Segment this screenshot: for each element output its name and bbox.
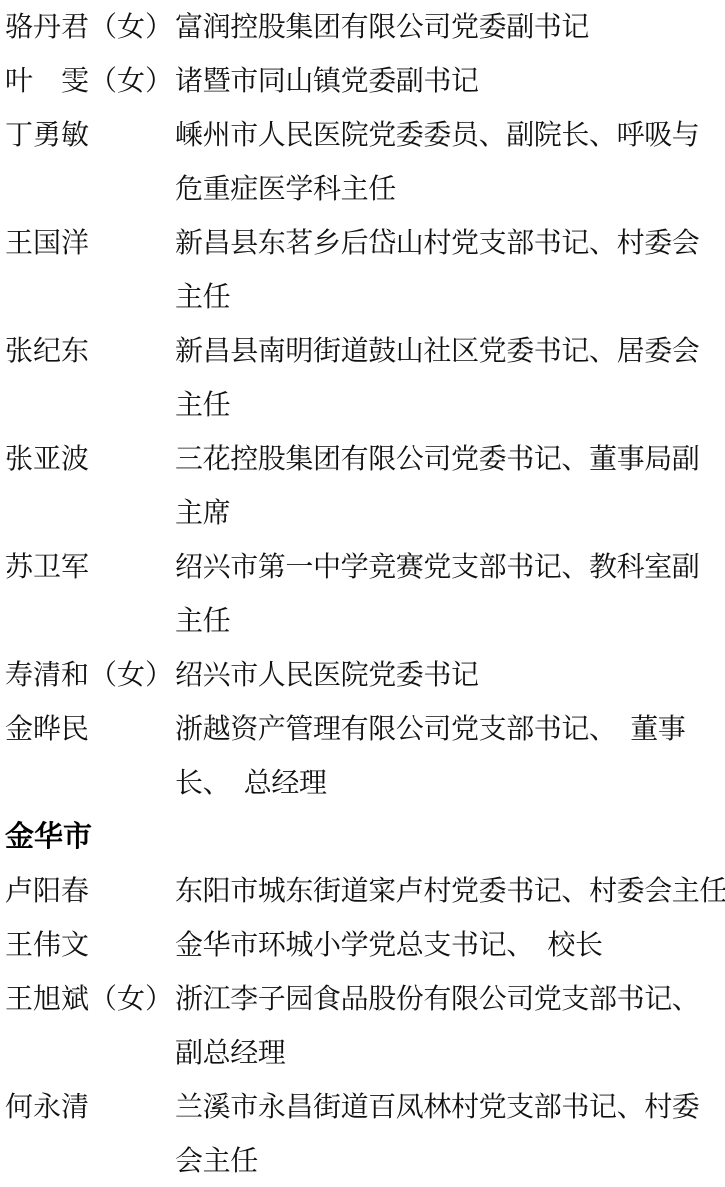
position-line: 三花控股集团有限公司党委书记、董事局副 — [175, 432, 725, 486]
gender-note: （女） — [89, 10, 173, 43]
honoree-name-cell: 叶 雯（女） — [0, 54, 175, 108]
position-cell: 浙越资产管理有限公司党支部书记、 董事 长、 总经理 — [175, 702, 725, 810]
position-line: 金华市环城小学党总支书记、 校长 — [175, 918, 725, 972]
position-line: 主任 — [175, 378, 725, 432]
document-page: 骆丹君（女） 富润控股集团有限公司党委副书记 叶 雯（女） 诸暨市同山镇党委副书… — [0, 0, 725, 1187]
honoree-name-cell: 张纪东 — [0, 324, 175, 378]
honoree-entry: 苏卫军 绍兴市第一中学竞赛党支部书记、教科室副 主任 — [0, 540, 725, 648]
position-line: 富润控股集团有限公司党委副书记 — [175, 0, 725, 54]
position-line: 主任 — [175, 594, 725, 648]
position-line: 绍兴市人民医院党委书记 — [175, 648, 725, 702]
honoree-name: 丁勇敏 — [5, 118, 89, 151]
position-cell: 东阳市城东街道寀卢村党委书记、村委会主任 — [175, 864, 725, 918]
honoree-name: 张亚波 — [5, 442, 89, 475]
honoree-entry: 寿清和（女） 绍兴市人民医院党委书记 — [0, 648, 725, 702]
honoree-name-cell: 何永清 — [0, 1080, 175, 1134]
position-cell: 富润控股集团有限公司党委副书记 — [175, 0, 725, 54]
honoree-name-cell: 王伟文 — [0, 918, 175, 972]
gender-note: （女） — [89, 982, 173, 1015]
honoree-entry: 王伟文 金华市环城小学党总支书记、 校长 — [0, 918, 725, 972]
position-cell: 绍兴市第一中学竞赛党支部书记、教科室副 主任 — [175, 540, 725, 648]
position-line: 新昌县南明街道鼓山社区党委书记、居委会 — [175, 324, 725, 378]
honoree-name-cell: 王旭斌（女） — [0, 972, 175, 1026]
position-line: 主席 — [175, 486, 725, 540]
honoree-name-cell: 张亚波 — [0, 432, 175, 486]
position-line: 绍兴市第一中学竞赛党支部书记、教科室副 — [175, 540, 725, 594]
honoree-name-cell: 金晔民 — [0, 702, 175, 756]
section-header-jinhua: 金华市 — [0, 810, 725, 864]
honoree-name-cell: 王国洋 — [0, 216, 175, 270]
gender-note: （女） — [89, 64, 173, 97]
position-line: 主任 — [175, 270, 725, 324]
honoree-entry: 张亚波 三花控股集团有限公司党委书记、董事局副 主席 — [0, 432, 725, 540]
gender-note: （女） — [89, 658, 173, 691]
position-line: 副总经理 — [175, 1026, 725, 1080]
honoree-name: 张纪东 — [5, 334, 89, 367]
position-cell: 嵊州市人民医院党委委员、副院长、呼吸与 危重症医学科主任 — [175, 108, 725, 216]
position-cell: 浙江李子园食品股份有限公司党支部书记、 副总经理 — [175, 972, 725, 1080]
honoree-name: 金晔民 — [5, 712, 89, 745]
honoree-name: 王国洋 — [5, 226, 89, 259]
honoree-name: 苏卫军 — [5, 550, 89, 583]
position-line: 东阳市城东街道寀卢村党委书记、村委会主任 — [175, 864, 725, 918]
honoree-name: 王伟文 — [5, 928, 89, 961]
honoree-entry: 金晔民 浙越资产管理有限公司党支部书记、 董事 长、 总经理 — [0, 702, 725, 810]
honoree-name: 寿清和 — [5, 658, 89, 691]
honoree-name: 何永清 — [5, 1090, 89, 1123]
honoree-entry: 骆丹君（女） 富润控股集团有限公司党委副书记 — [0, 0, 725, 54]
honoree-entry: 何永清 兰溪市永昌街道百凤林村党支部书记、村委 会主任 — [0, 1080, 725, 1187]
position-cell: 兰溪市永昌街道百凤林村党支部书记、村委 会主任 — [175, 1080, 725, 1187]
honoree-name-cell: 卢阳春 — [0, 864, 175, 918]
honoree-name: 叶 雯 — [5, 64, 89, 97]
position-line: 浙江李子园食品股份有限公司党支部书记、 — [175, 972, 725, 1026]
honoree-name-cell: 丁勇敏 — [0, 108, 175, 162]
honoree-name-cell: 骆丹君（女） — [0, 0, 175, 54]
position-line: 诸暨市同山镇党委副书记 — [175, 54, 725, 108]
position-cell: 绍兴市人民医院党委书记 — [175, 648, 725, 702]
position-line: 浙越资产管理有限公司党支部书记、 董事 — [175, 702, 725, 756]
position-line: 危重症医学科主任 — [175, 162, 725, 216]
honoree-name: 卢阳春 — [5, 874, 89, 907]
honoree-entry: 王国洋 新昌县东茗乡后岱山村党支部书记、村委会 主任 — [0, 216, 725, 324]
honoree-name-cell: 苏卫军 — [0, 540, 175, 594]
honoree-entry: 张纪东 新昌县南明街道鼓山社区党委书记、居委会 主任 — [0, 324, 725, 432]
position-line: 新昌县东茗乡后岱山村党支部书记、村委会 — [175, 216, 725, 270]
honoree-entry: 卢阳春 东阳市城东街道寀卢村党委书记、村委会主任 — [0, 864, 725, 918]
honoree-entry: 叶 雯（女） 诸暨市同山镇党委副书记 — [0, 54, 725, 108]
honoree-name: 骆丹君 — [5, 10, 89, 43]
position-cell: 三花控股集团有限公司党委书记、董事局副 主席 — [175, 432, 725, 540]
position-cell: 新昌县南明街道鼓山社区党委书记、居委会 主任 — [175, 324, 725, 432]
position-line: 长、 总经理 — [175, 756, 725, 810]
position-line: 兰溪市永昌街道百凤林村党支部书记、村委 — [175, 1080, 725, 1134]
position-line: 嵊州市人民医院党委委员、副院长、呼吸与 — [175, 108, 725, 162]
honoree-name: 王旭斌 — [5, 982, 89, 1015]
honoree-entry: 王旭斌（女） 浙江李子园食品股份有限公司党支部书记、 副总经理 — [0, 972, 725, 1080]
position-cell: 新昌县东茗乡后岱山村党支部书记、村委会 主任 — [175, 216, 725, 324]
position-cell: 诸暨市同山镇党委副书记 — [175, 54, 725, 108]
position-line: 会主任 — [175, 1134, 725, 1187]
honoree-name-cell: 寿清和（女） — [0, 648, 175, 702]
honoree-entry: 丁勇敏 嵊州市人民医院党委委员、副院长、呼吸与 危重症医学科主任 — [0, 108, 725, 216]
position-cell: 金华市环城小学党总支书记、 校长 — [175, 918, 725, 972]
